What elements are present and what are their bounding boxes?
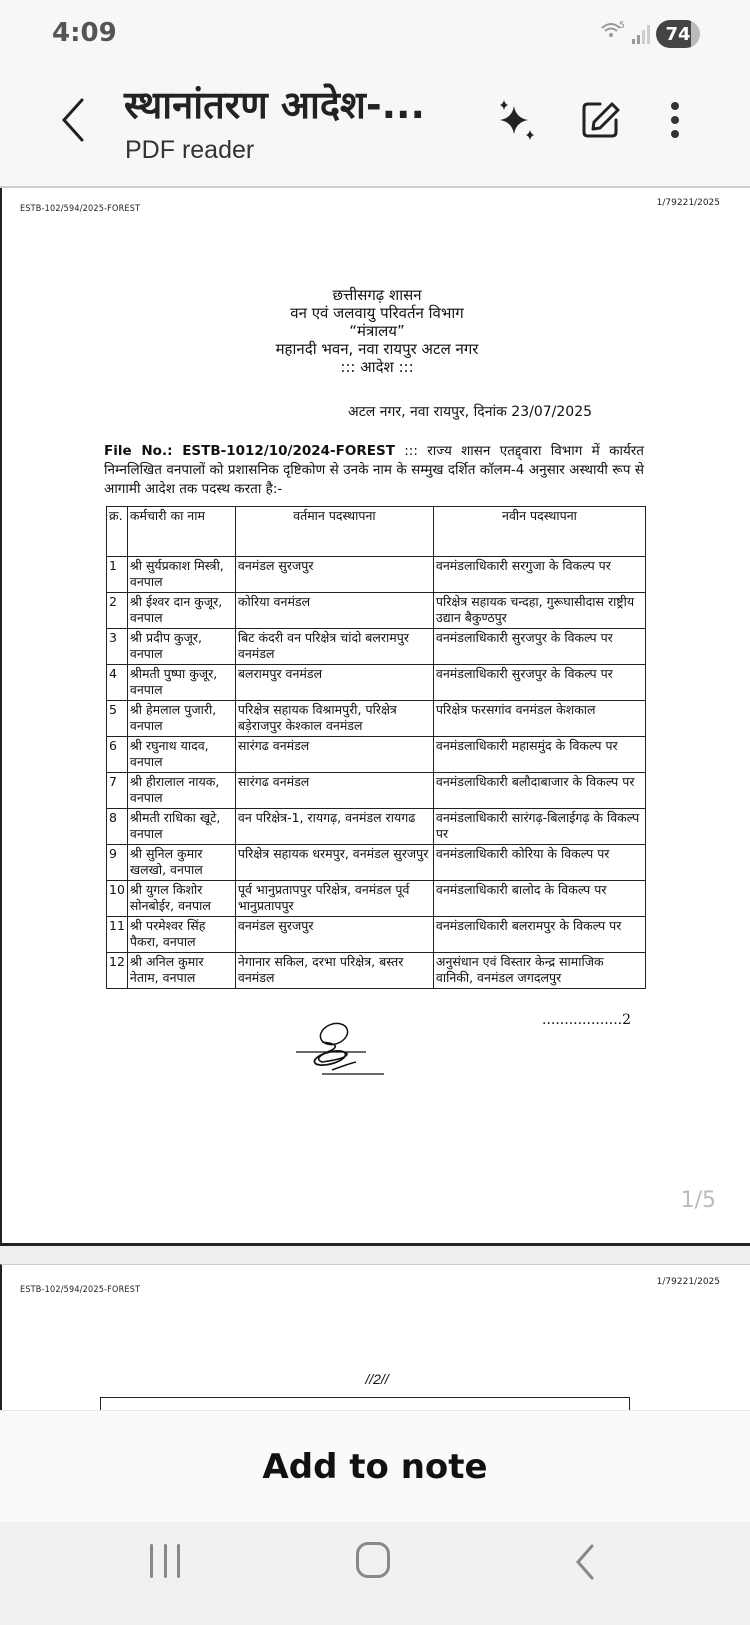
- table-row: 2श्री ईश्वर दान कुजूर, वनपालकोरिया वनमंड…: [107, 593, 646, 629]
- edit-button[interactable]: [578, 98, 622, 142]
- nav-back-icon: [570, 1542, 600, 1582]
- cell-new-posting: परिक्षेत्र फरसगांव वनमंडल केशकाल: [433, 701, 645, 737]
- header-serial: क्र.: [107, 507, 128, 557]
- cell-employee-name: श्री परमेश्वर सिंह पैकरा, वनपाल: [127, 917, 235, 953]
- table-header-row: क्र. कर्मचारी का नाम वर्तमान पदस्थापना न…: [107, 507, 646, 557]
- cell-serial: 4: [107, 665, 128, 701]
- table-row: 3श्री प्रदीप कुजूर, वनपालबिट कंदरी वन पर…: [107, 629, 646, 665]
- cell-serial: 8: [107, 809, 128, 845]
- app-bar: स्थानांतरण आदेश-... PDF reader: [0, 70, 750, 188]
- cell-serial: 1: [107, 557, 128, 593]
- order-intro: File No.: ESTB-1012/10/2024-FOREST ::: र…: [104, 442, 644, 499]
- cell-serial: 2: [107, 593, 128, 629]
- cell-current-posting: कोरिया वनमंडल: [235, 593, 433, 629]
- cell-current-posting: वनमंडल सुरजपुर: [235, 917, 433, 953]
- cell-serial: 9: [107, 845, 128, 881]
- cell-new-posting: वनमंडलाधिकारी महासमुंद के विकल्प पर: [433, 737, 645, 773]
- cell-current-posting: वनमंडल सुरजपुर: [235, 557, 433, 593]
- more-vert-icon: [671, 102, 679, 110]
- cell-new-posting: अनुसंधान एवं विस्तार केन्द्र सामाजिक वान…: [433, 953, 645, 989]
- back-chevron-icon: [52, 92, 96, 148]
- recents-icon: [150, 1544, 153, 1578]
- document-reference: ESTB-102/594/2025-FOREST: [20, 204, 140, 214]
- cell-new-posting: वनमंडलाधिकारी सारंगढ़-बिलाईगढ़ के विकल्प…: [433, 809, 645, 845]
- document-number: 1/79221/2025: [657, 1277, 720, 1287]
- cell-employee-name: श्री सुनिल कुमार खलखो, वनपाल: [127, 845, 235, 881]
- cell-current-posting: परिक्षेत्र सहायक विश्रामपुरी, परिक्षेत्र…: [235, 701, 433, 737]
- cell-new-posting: वनमंडलाधिकारी बलरामपुर के विकल्प पर: [433, 917, 645, 953]
- cell-new-posting: वनमंडलाधिकारी सुरजपुर के विकल्प पर: [433, 629, 645, 665]
- ai-sparkle-icon: [494, 98, 538, 142]
- cell-employee-name: श्री ईश्वर दान कुजूर, वनपाल: [127, 593, 235, 629]
- cell-employee-name: श्री युगल किशोर सोनबोईर, वनपाल: [127, 881, 235, 917]
- cell-new-posting: वनमंडलाधिकारी सरगुजा के विकल्प पर: [433, 557, 645, 593]
- letterhead-line: ::: आदेश :::: [2, 358, 750, 376]
- cell-new-posting: वनमंडलाधिकारी सुरजपुर के विकल्प पर: [433, 665, 645, 701]
- cell-new-posting: परिक्षेत्र सहायक चन्दहा, गुरूघासीदास राष…: [433, 593, 645, 629]
- battery-indicator: 74: [656, 20, 700, 48]
- letterhead-line: महानदी भवन, नवा रायपुर अटल नगर: [2, 340, 750, 358]
- back-button[interactable]: [52, 92, 96, 148]
- table-row: 9श्री सुनिल कुमार खलखो, वनपालपरिक्षेत्र …: [107, 845, 646, 881]
- table-row: 1श्री सुर्यप्रकाश मिस्त्री, वनपालवनमंडल …: [107, 557, 646, 593]
- cell-current-posting: बलरामपुर वनमंडल: [235, 665, 433, 701]
- app-subtitle: PDF reader: [125, 136, 254, 165]
- header-employee-name: कर्मचारी का नाम: [127, 507, 235, 557]
- cell-employee-name: श्री हेमलाल पुजारी, वनपाल: [127, 701, 235, 737]
- add-to-note-button[interactable]: Add to note: [0, 1410, 750, 1522]
- signal-icon: [632, 24, 650, 44]
- header-current-posting: वर्तमान पदस्थापना: [235, 507, 433, 557]
- cell-current-posting: पूर्व भानुप्रतापपुर परिक्षेत्र, वनमंडल प…: [235, 881, 433, 917]
- cell-serial: 11: [107, 917, 128, 953]
- cell-employee-name: श्री रघुनाथ यादव, वनपाल: [127, 737, 235, 773]
- cell-current-posting: सारंगढ वनमंडल: [235, 773, 433, 809]
- cell-serial: 7: [107, 773, 128, 809]
- home-button[interactable]: [356, 1542, 390, 1578]
- signature: [292, 1018, 392, 1088]
- cell-current-posting: नेगानार सकिल, दरभा परिक्षेत्र, बस्तर वनम…: [235, 953, 433, 989]
- document-reference: ESTB-102/594/2025-FOREST: [20, 1285, 140, 1295]
- cell-employee-name: श्री प्रदीप कुजूर, वनपाल: [127, 629, 235, 665]
- cell-employee-name: श्रीमती राधिका खूटे, वनपाल: [127, 809, 235, 845]
- letterhead-line: छत्तीसगढ़ शासन: [2, 286, 750, 304]
- table-row: 10श्री युगल किशोर सोनबोईर, वनपालपूर्व भा…: [107, 881, 646, 917]
- pdf-page-1: ESTB-102/594/2025-FOREST 1/79221/2025 छत…: [0, 188, 750, 1246]
- page-indicator: 1/5: [681, 1188, 716, 1213]
- table-row: 7श्री हीरालाल नायक, वनपालसारंगढ वनमंडलवन…: [107, 773, 646, 809]
- cell-current-posting: बिट कंदरी वन परिक्षेत्र चांदो बलरामपुर व…: [235, 629, 433, 665]
- header-new-posting: नवीन पदस्थापना: [433, 507, 645, 557]
- letterhead-line: वन एवं जलवायु परिवर्तन विभाग: [2, 304, 750, 322]
- cell-serial: 3: [107, 629, 128, 665]
- wifi-icon: 5: [600, 20, 626, 48]
- table-row: 12श्री अनिल कुमार नेताम, वनपालनेगानार सक…: [107, 953, 646, 989]
- table-row: 6श्री रघुनाथ यादव, वनपालसारंगढ वनमंडलवनम…: [107, 737, 646, 773]
- cell-current-posting: परिक्षेत्र सहायक धरमपुर, वनमंडल सुरजपुर: [235, 845, 433, 881]
- status-bar: 4:09 5 74: [0, 0, 750, 70]
- more-options-button[interactable]: [660, 98, 690, 142]
- cell-serial: 5: [107, 701, 128, 737]
- table-row: 11श्री परमेश्वर सिंह पैकरा, वनपालवनमंडल …: [107, 917, 646, 953]
- recents-button[interactable]: [150, 1544, 180, 1578]
- cell-current-posting: वन परिक्षेत्र-1, रायगढ़, वनमंडल रायगढ: [235, 809, 433, 845]
- cell-employee-name: श्रीमती पुष्पा कुजूर, वनपाल: [127, 665, 235, 701]
- table-row: 8श्रीमती राधिका खूटे, वनपालवन परिक्षेत्र…: [107, 809, 646, 845]
- cell-employee-name: श्री सुर्यप्रकाश मिस्त्री, वनपाल: [127, 557, 235, 593]
- table-row: 5श्री हेमलाल पुजारी, वनपालपरिक्षेत्र सहा…: [107, 701, 646, 737]
- cell-employee-name: श्री अनिल कुमार नेताम, वनपाल: [127, 953, 235, 989]
- cell-serial: 12: [107, 953, 128, 989]
- cell-new-posting: वनमंडलाधिकारी बालोद के विकल्प पर: [433, 881, 645, 917]
- navigation-bar: [0, 1522, 750, 1625]
- svg-text:5: 5: [619, 21, 625, 31]
- transfer-table: क्र. कर्मचारी का नाम वर्तमान पदस्थापना न…: [106, 506, 646, 989]
- cell-new-posting: वनमंडलाधिकारी बलौदाबाजार के विकल्प पर: [433, 773, 645, 809]
- cell-serial: 10: [107, 881, 128, 917]
- cell-current-posting: सारंगढ वनमंडल: [235, 737, 433, 773]
- document-title: स्थानांतरण आदेश-...: [124, 78, 425, 130]
- page2-table-edge: [100, 1397, 630, 1410]
- cell-serial: 6: [107, 737, 128, 773]
- pdf-page-2: ESTB-102/594/2025-FOREST 1/79221/2025 //…: [0, 1264, 750, 1410]
- pdf-viewer[interactable]: ESTB-102/594/2025-FOREST 1/79221/2025 छत…: [0, 188, 750, 1410]
- letterhead-line: “मंत्रालय”: [2, 322, 750, 340]
- document-number: 1/79221/2025: [657, 198, 720, 208]
- edit-icon: [578, 98, 622, 142]
- ai-assist-button[interactable]: [494, 98, 538, 142]
- file-number: File No.: ESTB-1012/10/2024-FOREST: [104, 443, 395, 459]
- nav-back-button[interactable]: [570, 1542, 600, 1582]
- order-dateline: अटल नगर, नवा रायपुर, दिनांक 23/07/2025: [348, 402, 592, 421]
- continuation-marker: ..................2: [542, 1012, 631, 1028]
- cell-employee-name: श्री हीरालाल नायक, वनपाल: [127, 773, 235, 809]
- cell-new-posting: वनमंडलाधिकारी कोरिया के विकल्प पर: [433, 845, 645, 881]
- status-time: 4:09: [52, 18, 117, 48]
- status-icons: 5 74: [600, 20, 700, 48]
- letterhead: छत्तीसगढ़ शासन वन एवं जलवायु परिवर्तन वि…: [2, 286, 750, 376]
- page-marker: //2//: [2, 1371, 750, 1387]
- table-row: 4श्रीमती पुष्पा कुजूर, वनपालबलरामपुर वनम…: [107, 665, 646, 701]
